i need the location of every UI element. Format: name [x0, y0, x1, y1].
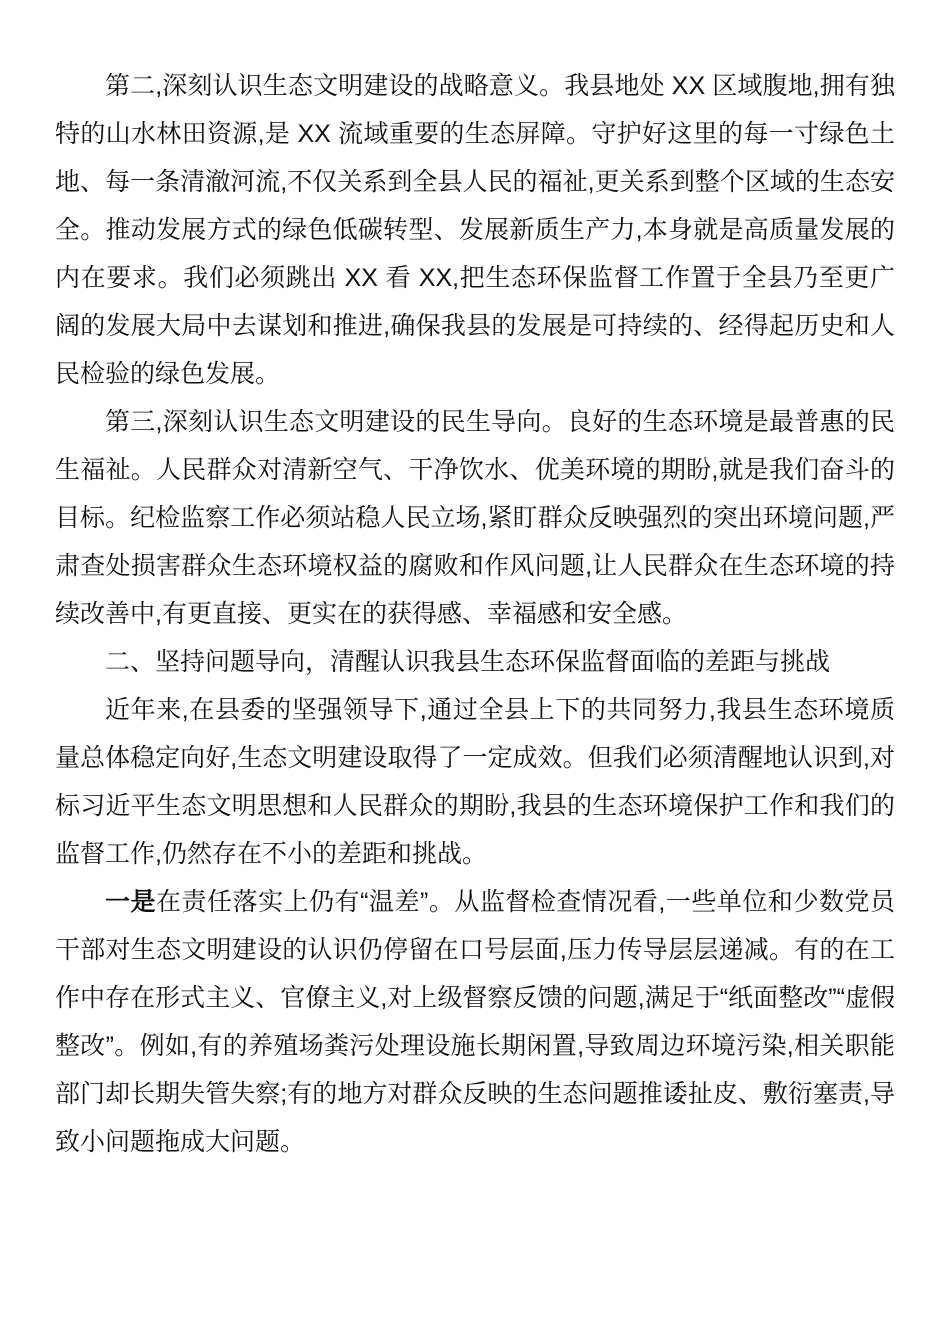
paragraph-bold-lead: 一是 [105, 888, 156, 916]
paragraph-text: 近年来,在县委的坚强领导下,通过全县上下的共同努力,我县生态环境质量总体稳定向好… [55, 696, 895, 868]
section-heading: 二、坚持问题导向，清醒认识我县生态环保监督面临的差距与挑战 [55, 638, 895, 686]
paragraph-livelihood-orientation: 第三,深刻认识生态文明建设的民生导向。良好的生态环境是最普惠的民生福祉。人民群众… [55, 398, 895, 638]
document-page: 第二,深刻认识生态文明建设的战略意义。我县地处 XX 区域腹地,拥有独特的山水林… [0, 0, 950, 1344]
paragraph-strategic-significance: 第二,深刻认识生态文明建设的战略意义。我县地处 XX 区域腹地,拥有独特的山水林… [55, 62, 895, 398]
paragraph-recent-years: 近年来,在县委的坚强领导下,通过全县上下的共同努力,我县生态环境质量总体稳定向好… [55, 686, 895, 878]
paragraph-text: 第二,深刻认识生态文明建设的战略意义。我县地处 XX 区域腹地,拥有独特的山水林… [55, 72, 895, 388]
paragraph-text: 在责任落实上仍有“温差”。从监督检查情况看,一些单位和少数党员干部对生态文明建设… [55, 888, 895, 1156]
paragraph-first-issue: 一是在责任落实上仍有“温差”。从监督检查情况看,一些单位和少数党员干部对生态文明… [55, 878, 895, 1166]
paragraph-text: 第三,深刻认识生态文明建设的民生导向。良好的生态环境是最普惠的民生福祉。人民群众… [55, 408, 895, 628]
heading-text: 二、坚持问题导向，清醒认识我县生态环保监督面临的差距与挑战 [105, 648, 830, 676]
